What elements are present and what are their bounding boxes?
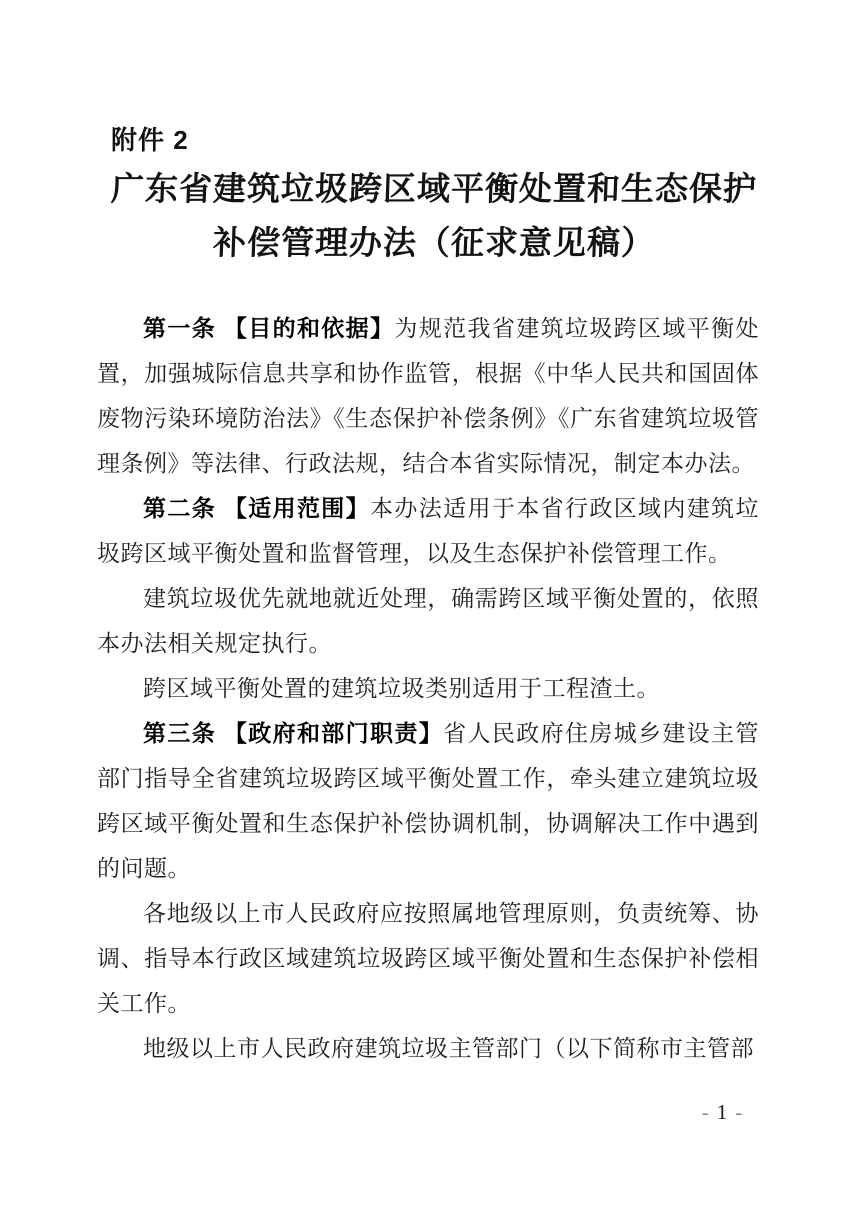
paragraph-article-2: 第二条 【适用范围】本办法适用于本省行政区域内建筑垃圾跨区域平衡处置和监督管理，…	[97, 486, 759, 576]
paragraph-article-1: 第一条 【目的和依据】为规范我省建筑垃圾跨区域平衡处置，加强城际信息共享和协作监…	[97, 306, 759, 486]
paragraph-article-2-clause-2: 建筑垃圾优先就地就近处理，确需跨区域平衡处置的，依照本办法相关规定执行。	[97, 576, 759, 666]
page-number: -1-	[688, 1100, 758, 1125]
paragraph-article-3-clause-3: 地级以上市人民政府建筑垃圾主管部门（以下简称市主管部	[97, 1026, 759, 1071]
document-page: 附件 2 广东省建筑垃圾跨区域平衡处置和生态保护 补偿管理办法（征求意见稿） 第…	[0, 0, 868, 1227]
article-2-clause-3-text: 跨区域平衡处置的建筑垃圾类别适用于工程渣土。	[143, 676, 660, 701]
paragraph-article-2-clause-3: 跨区域平衡处置的建筑垃圾类别适用于工程渣土。	[97, 666, 759, 711]
paragraph-article-3: 第三条 【政府和部门职责】省人民政府住房城乡建设主管部门指导全省建筑垃圾跨区域平…	[97, 711, 759, 891]
article-3-label: 第三条 【政府和部门职责】	[143, 720, 443, 746]
page-number-dash-left: -	[702, 1100, 711, 1124]
page-number-value: 1	[711, 1100, 736, 1124]
title-line-2: 补偿管理办法（征求意见稿）	[0, 216, 868, 270]
page-number-dash-right: -	[735, 1100, 744, 1124]
title-line-1: 广东省建筑垃圾跨区域平衡处置和生态保护	[0, 162, 868, 216]
article-2-clause-2-text: 建筑垃圾优先就地就近处理，确需跨区域平衡处置的，依照本办法相关规定执行。	[97, 586, 759, 656]
article-1-label: 第一条 【目的和依据】	[143, 315, 394, 341]
article-3-clause-2-text: 各地级以上市人民政府应按照属地管理原则，负责统筹、协调、指导本行政区域建筑垃圾跨…	[97, 901, 759, 1016]
document-body: 第一条 【目的和依据】为规范我省建筑垃圾跨区域平衡处置，加强城际信息共享和协作监…	[97, 306, 759, 1071]
paragraph-article-3-clause-2: 各地级以上市人民政府应按照属地管理原则，负责统筹、协调、指导本行政区域建筑垃圾跨…	[97, 891, 759, 1026]
article-3-clause-3-text: 地级以上市人民政府建筑垃圾主管部门（以下简称市主管部	[143, 1036, 754, 1061]
document-title: 广东省建筑垃圾跨区域平衡处置和生态保护 补偿管理办法（征求意见稿）	[0, 162, 868, 270]
attachment-label: 附件 2	[111, 120, 189, 157]
article-2-label: 第二条 【适用范围】	[143, 495, 370, 521]
